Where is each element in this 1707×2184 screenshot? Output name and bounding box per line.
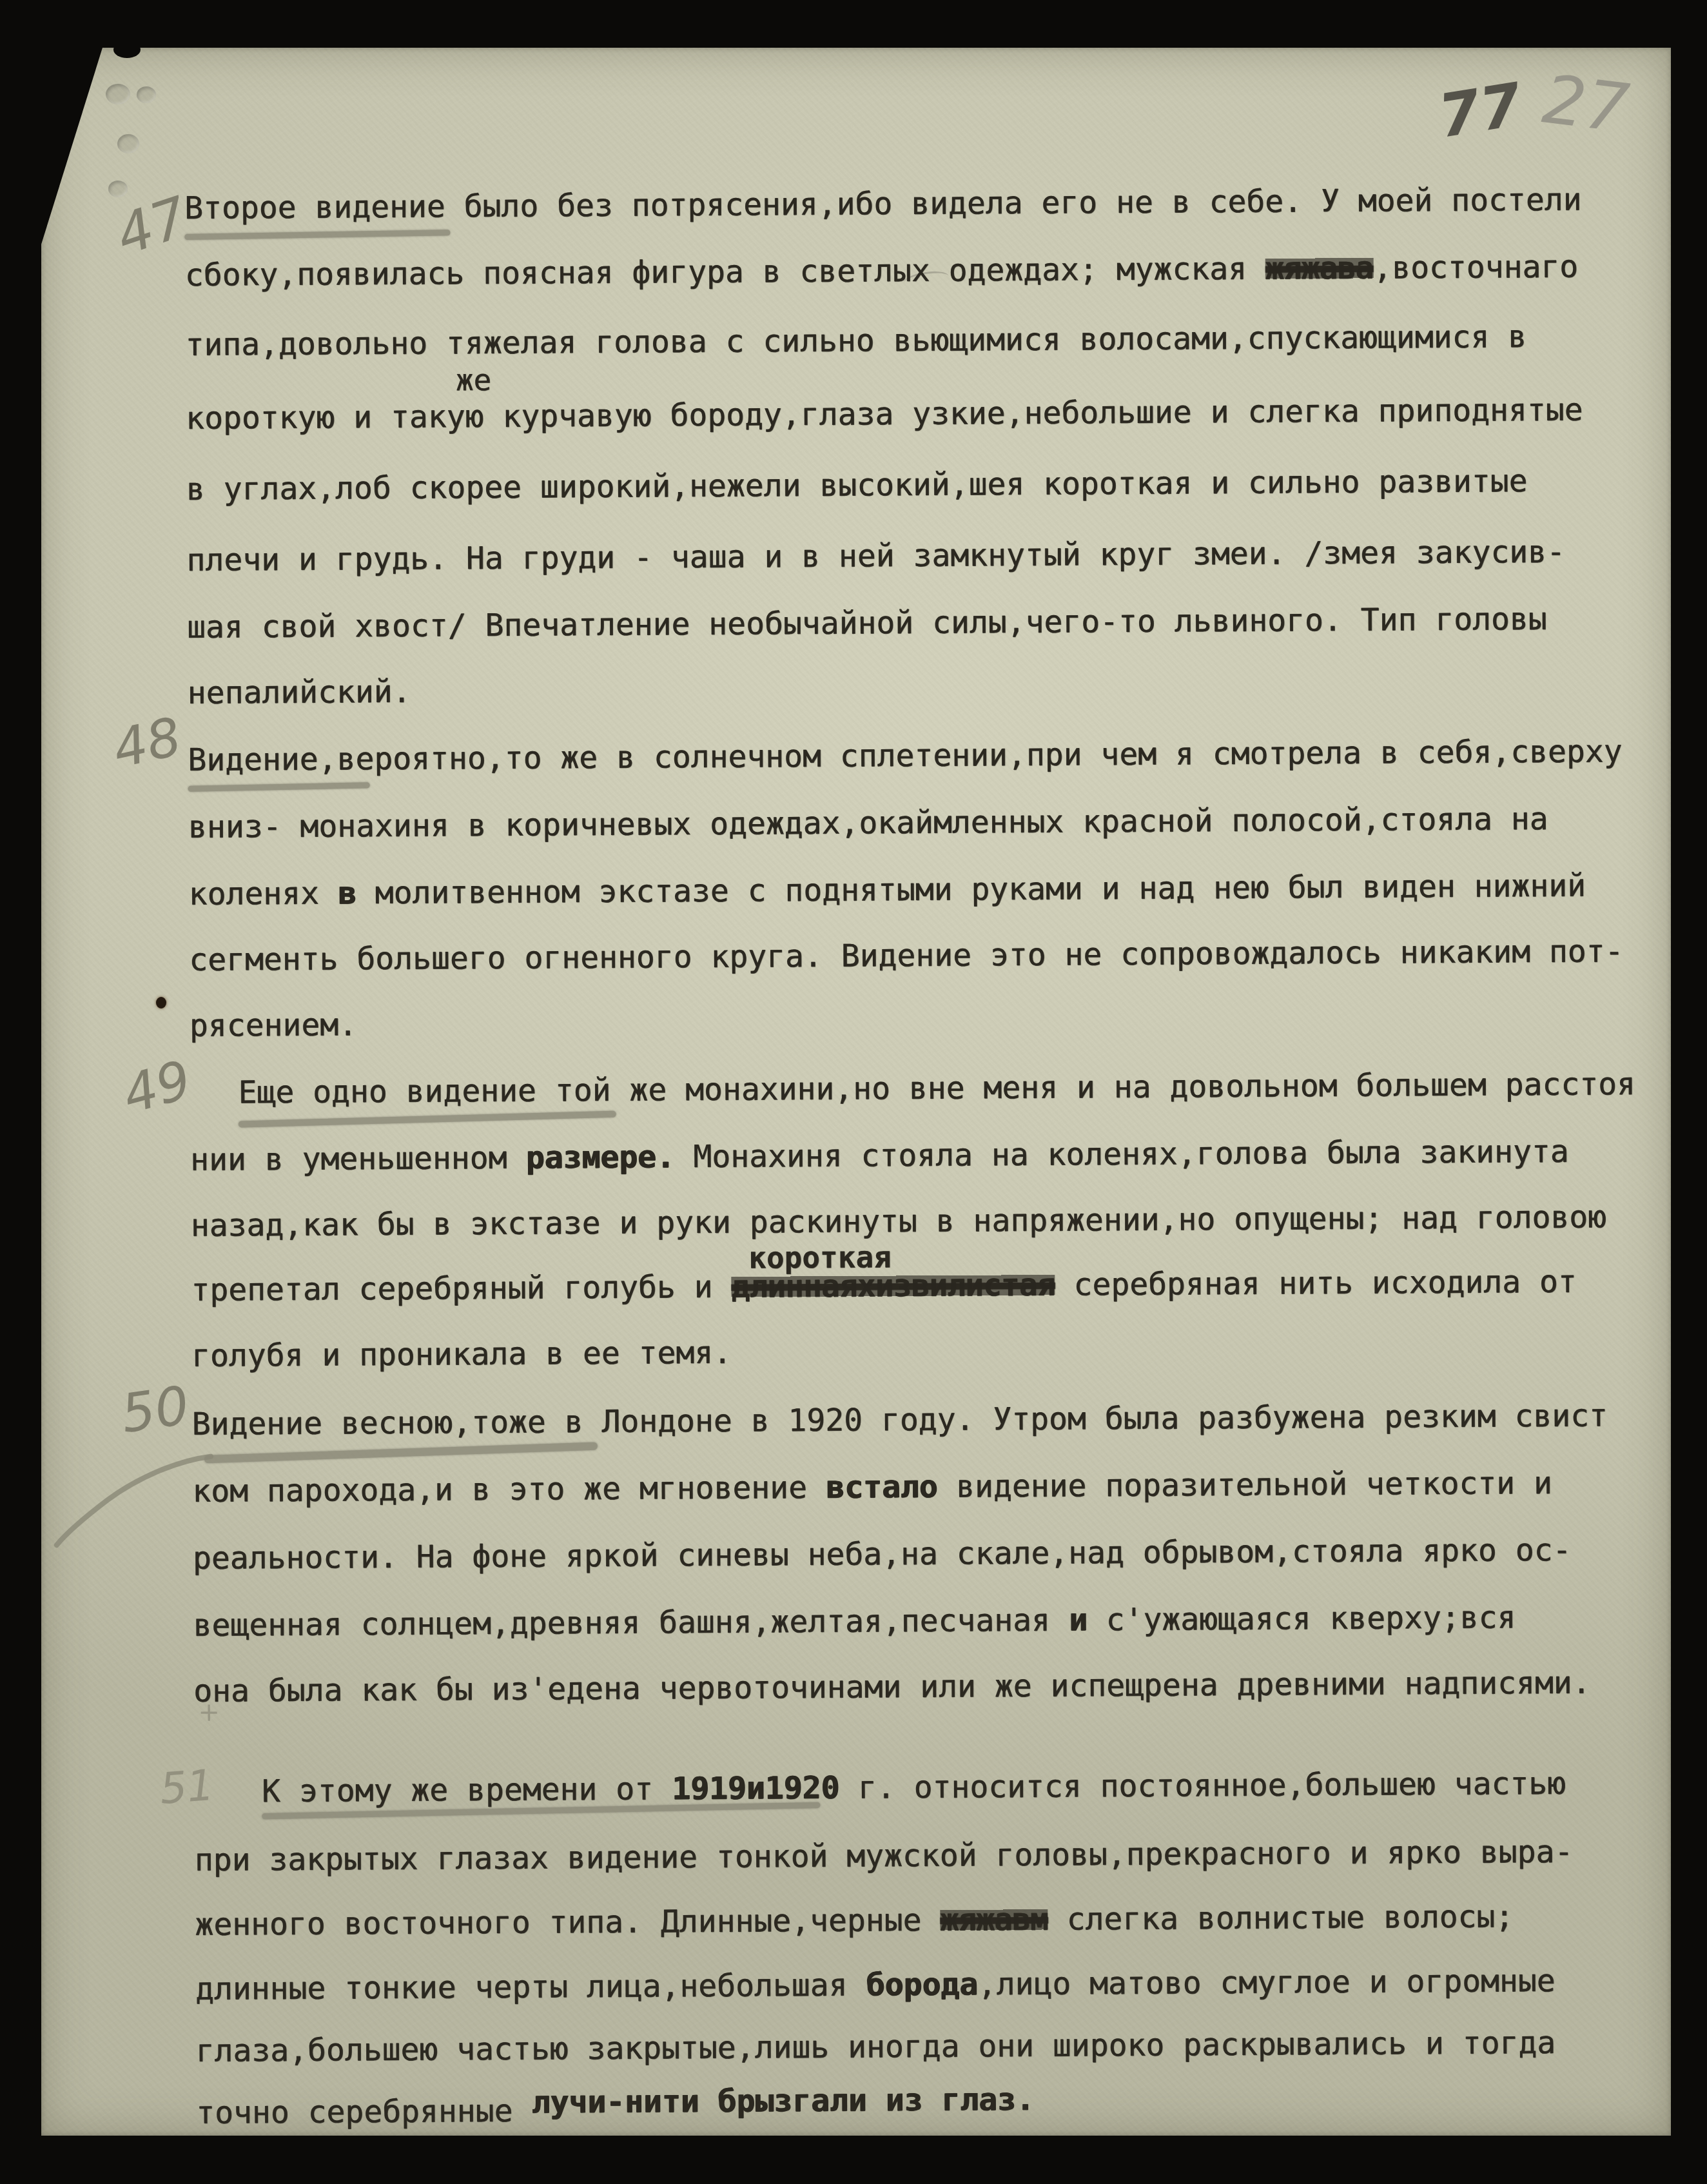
line-segment: женного восточного типа. Длинные,черные <box>195 1902 940 1943</box>
typed-line: Второе видение было без потрясения,ибо в… <box>184 184 1582 224</box>
line-segment: слегка волнистые волосы; <box>1048 1898 1514 1937</box>
margin-number-48: 48 <box>108 706 186 780</box>
typed-line: сбоку,появилась поясная фигура в светлых… <box>185 251 1579 291</box>
typed-line: реальности. На фоне яркой синевы неба,на… <box>193 1535 1572 1574</box>
typed-line: она была как бы из'едена червоточинами и… <box>193 1668 1591 1707</box>
line-segment: вещенная солнцем,древняя башня,желтая,пе… <box>193 1602 1069 1644</box>
typed-line: вещенная солнцем,древняя башня,желтая,пе… <box>193 1602 1516 1641</box>
typed-line: при закрытых глазах видение тонкой мужск… <box>195 1836 1574 1876</box>
typed-line: голубя и проникала в ее темя. <box>191 1337 732 1372</box>
line-segment: трепетал серебряный голубь и <box>191 1269 731 1308</box>
inserted-word: же <box>456 362 492 397</box>
raised-line-segment: лучи-нити брызгали из глаз. <box>531 2081 1035 2121</box>
typed-line: ком парохода,и в это же мгновение встало… <box>192 1468 1552 1507</box>
overtyped-word: и <box>1069 1602 1088 1638</box>
typed-line: в углах,лоб скорее широкий,нежели высоки… <box>186 466 1528 505</box>
line-segment: г. относится постоянное,большею частью <box>839 1766 1566 1806</box>
margin-number-50: 50 <box>117 1375 193 1445</box>
overtyped-word: размере. <box>525 1139 675 1176</box>
line-segment: ,восточнаго <box>1373 249 1578 286</box>
typed-line: женного восточного типа. Длинные,черные … <box>195 1901 1514 1940</box>
line-segment: длинные тонкие черты лица,небольшая <box>195 1967 866 2007</box>
typed-line: Еще одно видение той же монахини,но вне … <box>238 1068 1635 1108</box>
typed-line: К этому же времени от 1919и1920 г. относ… <box>262 1768 1566 1807</box>
line-segment: сбоку,появилась поясная фигура в светлых… <box>185 251 1265 293</box>
typed-line: непалийский. <box>188 676 411 709</box>
typed-line: шая свой хвост/ Впечатление необычайной … <box>187 604 1547 643</box>
line-segment: видение поразительной четкости и <box>937 1465 1552 1505</box>
typed-line: коленях в молитвенном экстазе с поднятым… <box>189 871 1586 910</box>
line-segment: серебряная нить исходила от <box>1055 1264 1576 1303</box>
line-segment: точно серебрянные <box>196 2093 532 2131</box>
typed-line: назад,как бы в экстазе и руки раскинуты … <box>191 1201 1607 1241</box>
paper-sheet: 77 27 47 48 49 50 51 + Второе видение бы… <box>41 48 1671 2136</box>
typed-line: типа,довольно тяжелая голова с сильно вь… <box>185 321 1527 360</box>
typed-line: Видение,вероятно,то же в солнечном сплет… <box>188 736 1622 776</box>
typed-line: Видение весною,тоже в Лондоне в 1920 год… <box>192 1400 1608 1439</box>
scanned-typewritten-page: { "page": { "sheet_number_dark": "77", "… <box>0 0 1707 2184</box>
typed-line: трепетал серебряный голубь и длиннаяхизв… <box>191 1266 1577 1306</box>
line-segment: нии в уменьшенном <box>190 1140 526 1178</box>
line-segment: коленях <box>188 875 338 912</box>
typed-line: глаза,большею частью закрытые,лишь иногд… <box>195 2027 1556 2067</box>
line-segment: молитвенном экстазе с поднятыми руками и… <box>356 868 1586 912</box>
typed-line: рясением. <box>190 1009 357 1041</box>
typed-line: длинные тонкие черты лица,небольшая боро… <box>195 1965 1556 2005</box>
margin-number-47: 47 <box>108 185 195 268</box>
typed-line: сегменть большего огненного круга. Виден… <box>189 936 1623 976</box>
line-segment: Монахиня стояла на коленях,голова была з… <box>674 1134 1568 1175</box>
typed-text-block: 47 48 49 50 51 + Второе видение было без… <box>41 38 1684 2136</box>
typed-line: вниз- монахиня в коричневых одеждах,окай… <box>188 803 1548 843</box>
overtyped-word: 1919и1920 <box>672 1770 839 1807</box>
margin-number-49: 49 <box>117 1049 198 1126</box>
punch-hole <box>34 159 55 183</box>
overtyped-word: борода <box>866 1966 978 2003</box>
pencil-underline <box>239 1111 616 1128</box>
struck-word: жяжавм <box>940 1902 1048 1938</box>
overtyped-word: встало <box>826 1469 938 1506</box>
line-segment: К этому же времени от <box>262 1771 672 1809</box>
pencil-underline <box>204 1442 598 1464</box>
overtyped-word: в <box>338 875 356 911</box>
typed-line: плечи и грудь. На груди - чаша и в ней з… <box>186 536 1565 576</box>
line-segment: с'ужающаяся кверху;вся <box>1088 1599 1516 1638</box>
line-segment: ,лицо матово смуглое и огромные <box>978 1963 1556 2002</box>
struck-word: жяжава <box>1265 250 1374 287</box>
typed-line: короткую и такую курчавую бороду,глаза у… <box>186 395 1583 434</box>
pencil-underline <box>188 782 370 792</box>
struck-word: длиннаяхизвилистая <box>731 1267 1055 1305</box>
typed-line: точно серебрянные лучи-нити брызгали из … <box>196 2092 1035 2129</box>
line-segment: ком парохода,и в это же мгновение <box>192 1470 826 1510</box>
typed-line: нии в уменьшенном размере. Монахиня стоя… <box>190 1136 1569 1176</box>
pencil-underline <box>184 230 450 240</box>
margin-number-51: 51 <box>158 1760 216 1814</box>
